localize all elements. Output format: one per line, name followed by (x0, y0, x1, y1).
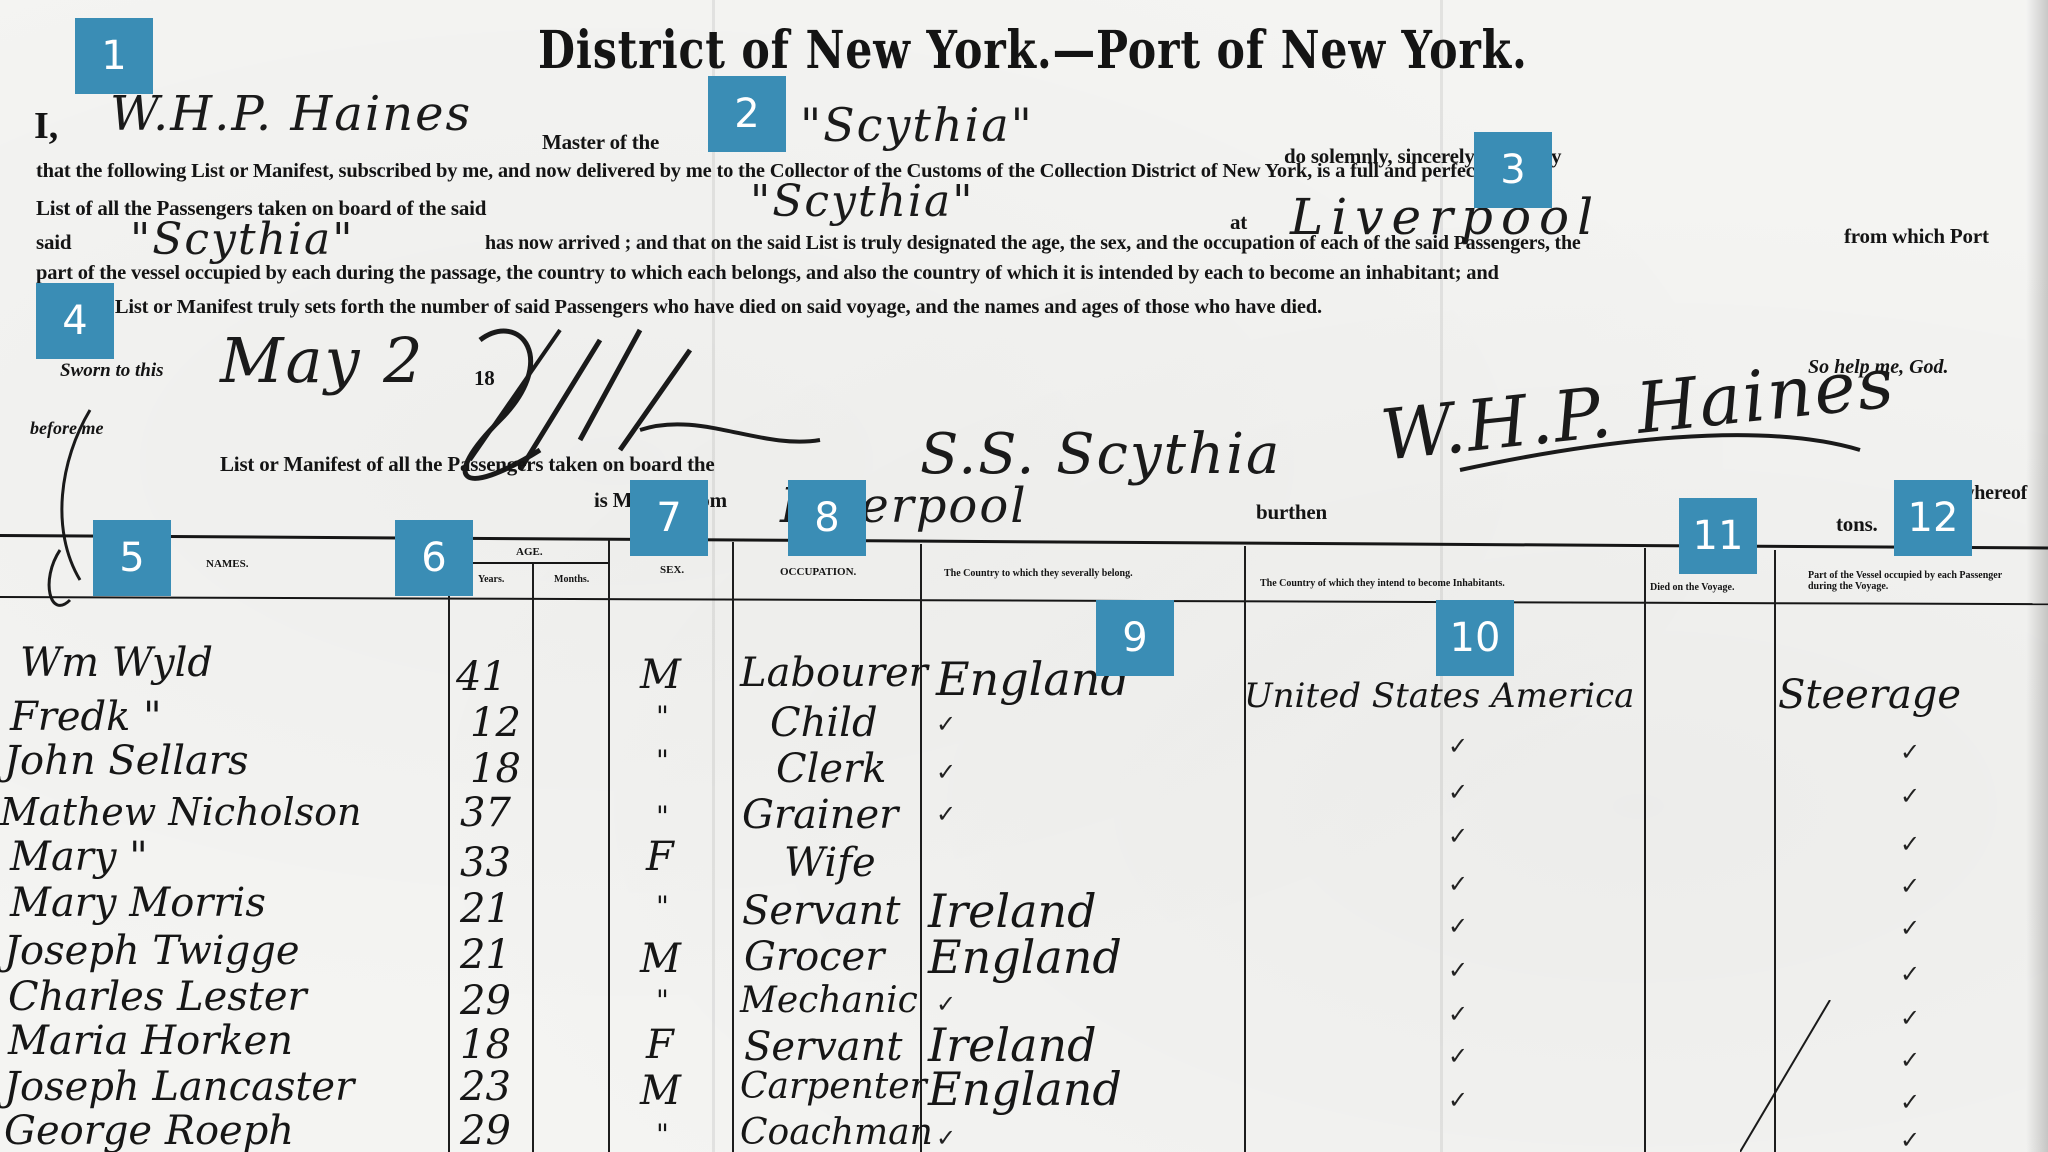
row-name: Mary Morris (10, 880, 266, 926)
marker-label: 5 (119, 535, 144, 581)
manifest-intro-text: List or Manifest of all the Passengers t… (220, 452, 715, 477)
marker-label: 12 (1908, 495, 1959, 541)
row-age: 37 (460, 790, 511, 836)
marker-2[interactable]: 2 (708, 76, 786, 152)
row-intend: ✓ (1448, 1086, 1468, 1114)
col-header-occupation: OCCUPATION. (780, 566, 856, 578)
col-divider (920, 544, 922, 1152)
row-age: 12 (470, 700, 521, 746)
row-country: ✓ (936, 800, 956, 828)
row-name: Maria Horken (8, 1018, 293, 1064)
marker-label: 4 (62, 298, 87, 344)
row-age: 33 (460, 840, 511, 886)
row-age: 41 (456, 654, 507, 700)
row-country: ✓ (936, 1124, 956, 1152)
marker-1[interactable]: 1 (75, 18, 153, 94)
marker-8[interactable]: 8 (788, 480, 866, 556)
col-divider (448, 540, 450, 1152)
row-intend: ✓ (1448, 822, 1468, 850)
row-country: England (928, 930, 1122, 984)
row-part: ✓ (1900, 830, 1920, 858)
row-sex: F (646, 1022, 674, 1068)
marker-12[interactable]: 12 (1894, 480, 1972, 556)
row-intend: ✓ (1448, 732, 1468, 760)
row-part: ✓ (1900, 1088, 1920, 1116)
row-occupation: Servant (744, 1024, 902, 1070)
oath-intro: I, (34, 104, 58, 148)
vessel-name-handwritten-3: "Scythia" (130, 214, 354, 265)
row-age: 21 (460, 932, 511, 978)
oath-line-5: part of the vessel occupied by each duri… (36, 262, 1499, 285)
col-header-age: AGE. (516, 546, 543, 558)
row-part: ✓ (1900, 1004, 1920, 1032)
row-sex: " (656, 984, 669, 1017)
row-name: Mathew Nicholson (0, 790, 361, 834)
master-of-the-label: Master of the (542, 130, 659, 155)
row-part: ✓ (1900, 782, 1920, 810)
row-intend: United States America (1244, 676, 1634, 716)
row-name: John Sellars (4, 738, 249, 784)
row-intend: ✓ (1448, 956, 1468, 984)
row-age: 21 (460, 886, 511, 932)
row-occupation: Servant (742, 888, 900, 934)
row-name: Joseph Lancaster (4, 1064, 354, 1110)
row-country: ✓ (936, 758, 956, 786)
row-name: George Roeph (4, 1108, 294, 1152)
strike-through-stroke (1740, 1000, 1840, 1152)
row-intend: ✓ (1448, 1000, 1468, 1028)
master-name-handwritten: W.H.P. Haines (110, 86, 472, 142)
row-occupation: Coachman (740, 1112, 933, 1152)
burthen-label: burthen (1256, 500, 1327, 525)
marker-label: 6 (421, 535, 446, 581)
oath-line-4: has now arrived ; and that on the said L… (485, 232, 1581, 255)
marker-6[interactable]: 6 (395, 520, 473, 596)
document-heading: District of New York.—Port of New York. (538, 20, 1528, 81)
row-name: Mary " (10, 834, 148, 880)
row-age: 29 (460, 1108, 511, 1152)
row-name: Charles Lester (8, 974, 307, 1020)
row-occupation: Carpenter (740, 1066, 927, 1107)
marker-label: 7 (656, 495, 681, 541)
row-name: Wm Wyld (20, 640, 213, 686)
marker-label: 9 (1122, 615, 1147, 661)
marker-10[interactable]: 10 (1436, 600, 1514, 676)
marker-9[interactable]: 9 (1096, 600, 1174, 676)
tons-label: tons. (1836, 512, 1878, 537)
marker-5[interactable]: 5 (93, 520, 171, 596)
marker-7[interactable]: 7 (630, 480, 708, 556)
row-sex: M (640, 936, 681, 982)
row-sex: F (646, 834, 674, 880)
row-sex: " (656, 890, 669, 923)
row-sex: M (640, 1068, 681, 1114)
vessel-name-handwritten: "Scythia" (800, 98, 1034, 152)
manifest-page: District of New York.—Port of New York. … (0, 0, 2048, 1152)
page-edge (2026, 0, 2048, 1152)
row-age: 23 (460, 1064, 511, 1110)
marker-label: 1 (101, 33, 126, 79)
marker-label: 11 (1693, 513, 1744, 559)
row-age: 29 (460, 978, 511, 1024)
row-part: ✓ (1900, 960, 1920, 988)
marker-label: 3 (1500, 147, 1525, 193)
row-sex: " (656, 800, 669, 833)
row-occupation: Grainer (742, 792, 898, 838)
col-divider (1244, 546, 1246, 1152)
row-occupation: Child (770, 700, 878, 746)
from-which-port-text: from which Port (1844, 224, 1989, 249)
row-intend: ✓ (1448, 1042, 1468, 1070)
marker-3[interactable]: 3 (1474, 132, 1552, 208)
col-header-years: Years. (478, 574, 504, 585)
row-intend: ✓ (1448, 778, 1468, 806)
row-part: ✓ (1900, 1126, 1920, 1152)
row-occupation: Grocer (744, 934, 884, 980)
row-part: ✓ (1900, 872, 1920, 900)
col-divider (732, 542, 734, 1152)
row-age: 18 (470, 746, 521, 792)
age-subheader-rule (460, 562, 608, 564)
row-sex: " (656, 744, 669, 777)
col-header-died: Died on the Voyage. (1650, 582, 1734, 593)
row-country: England (928, 1062, 1122, 1116)
marker-11[interactable]: 11 (1679, 498, 1757, 574)
row-part: ✓ (1900, 914, 1920, 942)
row-country: ✓ (936, 990, 956, 1018)
row-intend: ✓ (1448, 912, 1468, 940)
col-header-names: NAMES. (206, 558, 248, 570)
col-header-part-of-vessel: Part of the Vessel occupied by each Pass… (1808, 570, 2008, 592)
row-name: Joseph Twigge (4, 928, 300, 974)
marker-label: 8 (814, 495, 839, 541)
marker-label: 2 (734, 91, 759, 137)
col-header-country-belong: The Country to which they severally belo… (944, 568, 1133, 579)
row-part: ✓ (1900, 1046, 1920, 1074)
col-header-months: Months. (554, 574, 589, 585)
row-name: Fredk " (10, 694, 162, 740)
row-sex: " (656, 700, 669, 733)
vessel-name-handwritten-2: "Scythia" (750, 176, 974, 227)
row-occupation: Labourer (740, 650, 928, 696)
row-intend: ✓ (1448, 870, 1468, 898)
row-country: ✓ (936, 710, 956, 738)
col-divider (1644, 548, 1646, 1152)
row-occupation: Wife (784, 840, 876, 886)
marker-4[interactable]: 4 (36, 283, 114, 359)
marker-label: 10 (1450, 615, 1501, 661)
row-occupation: Mechanic (740, 980, 918, 1021)
col-header-sex: SEX. (660, 564, 684, 576)
row-sex: M (640, 652, 681, 698)
row-part: Steerage (1778, 672, 1961, 718)
col-divider (608, 540, 610, 1152)
row-occupation: Clerk (776, 746, 886, 792)
row-part: ✓ (1900, 738, 1920, 766)
row-age: 18 (460, 1022, 511, 1068)
oath-said-label: said (36, 230, 71, 255)
col-header-country-intend: The Country of which they intend to beco… (1260, 578, 1505, 589)
col-divider (532, 564, 534, 1152)
row-sex: " (656, 1118, 669, 1151)
